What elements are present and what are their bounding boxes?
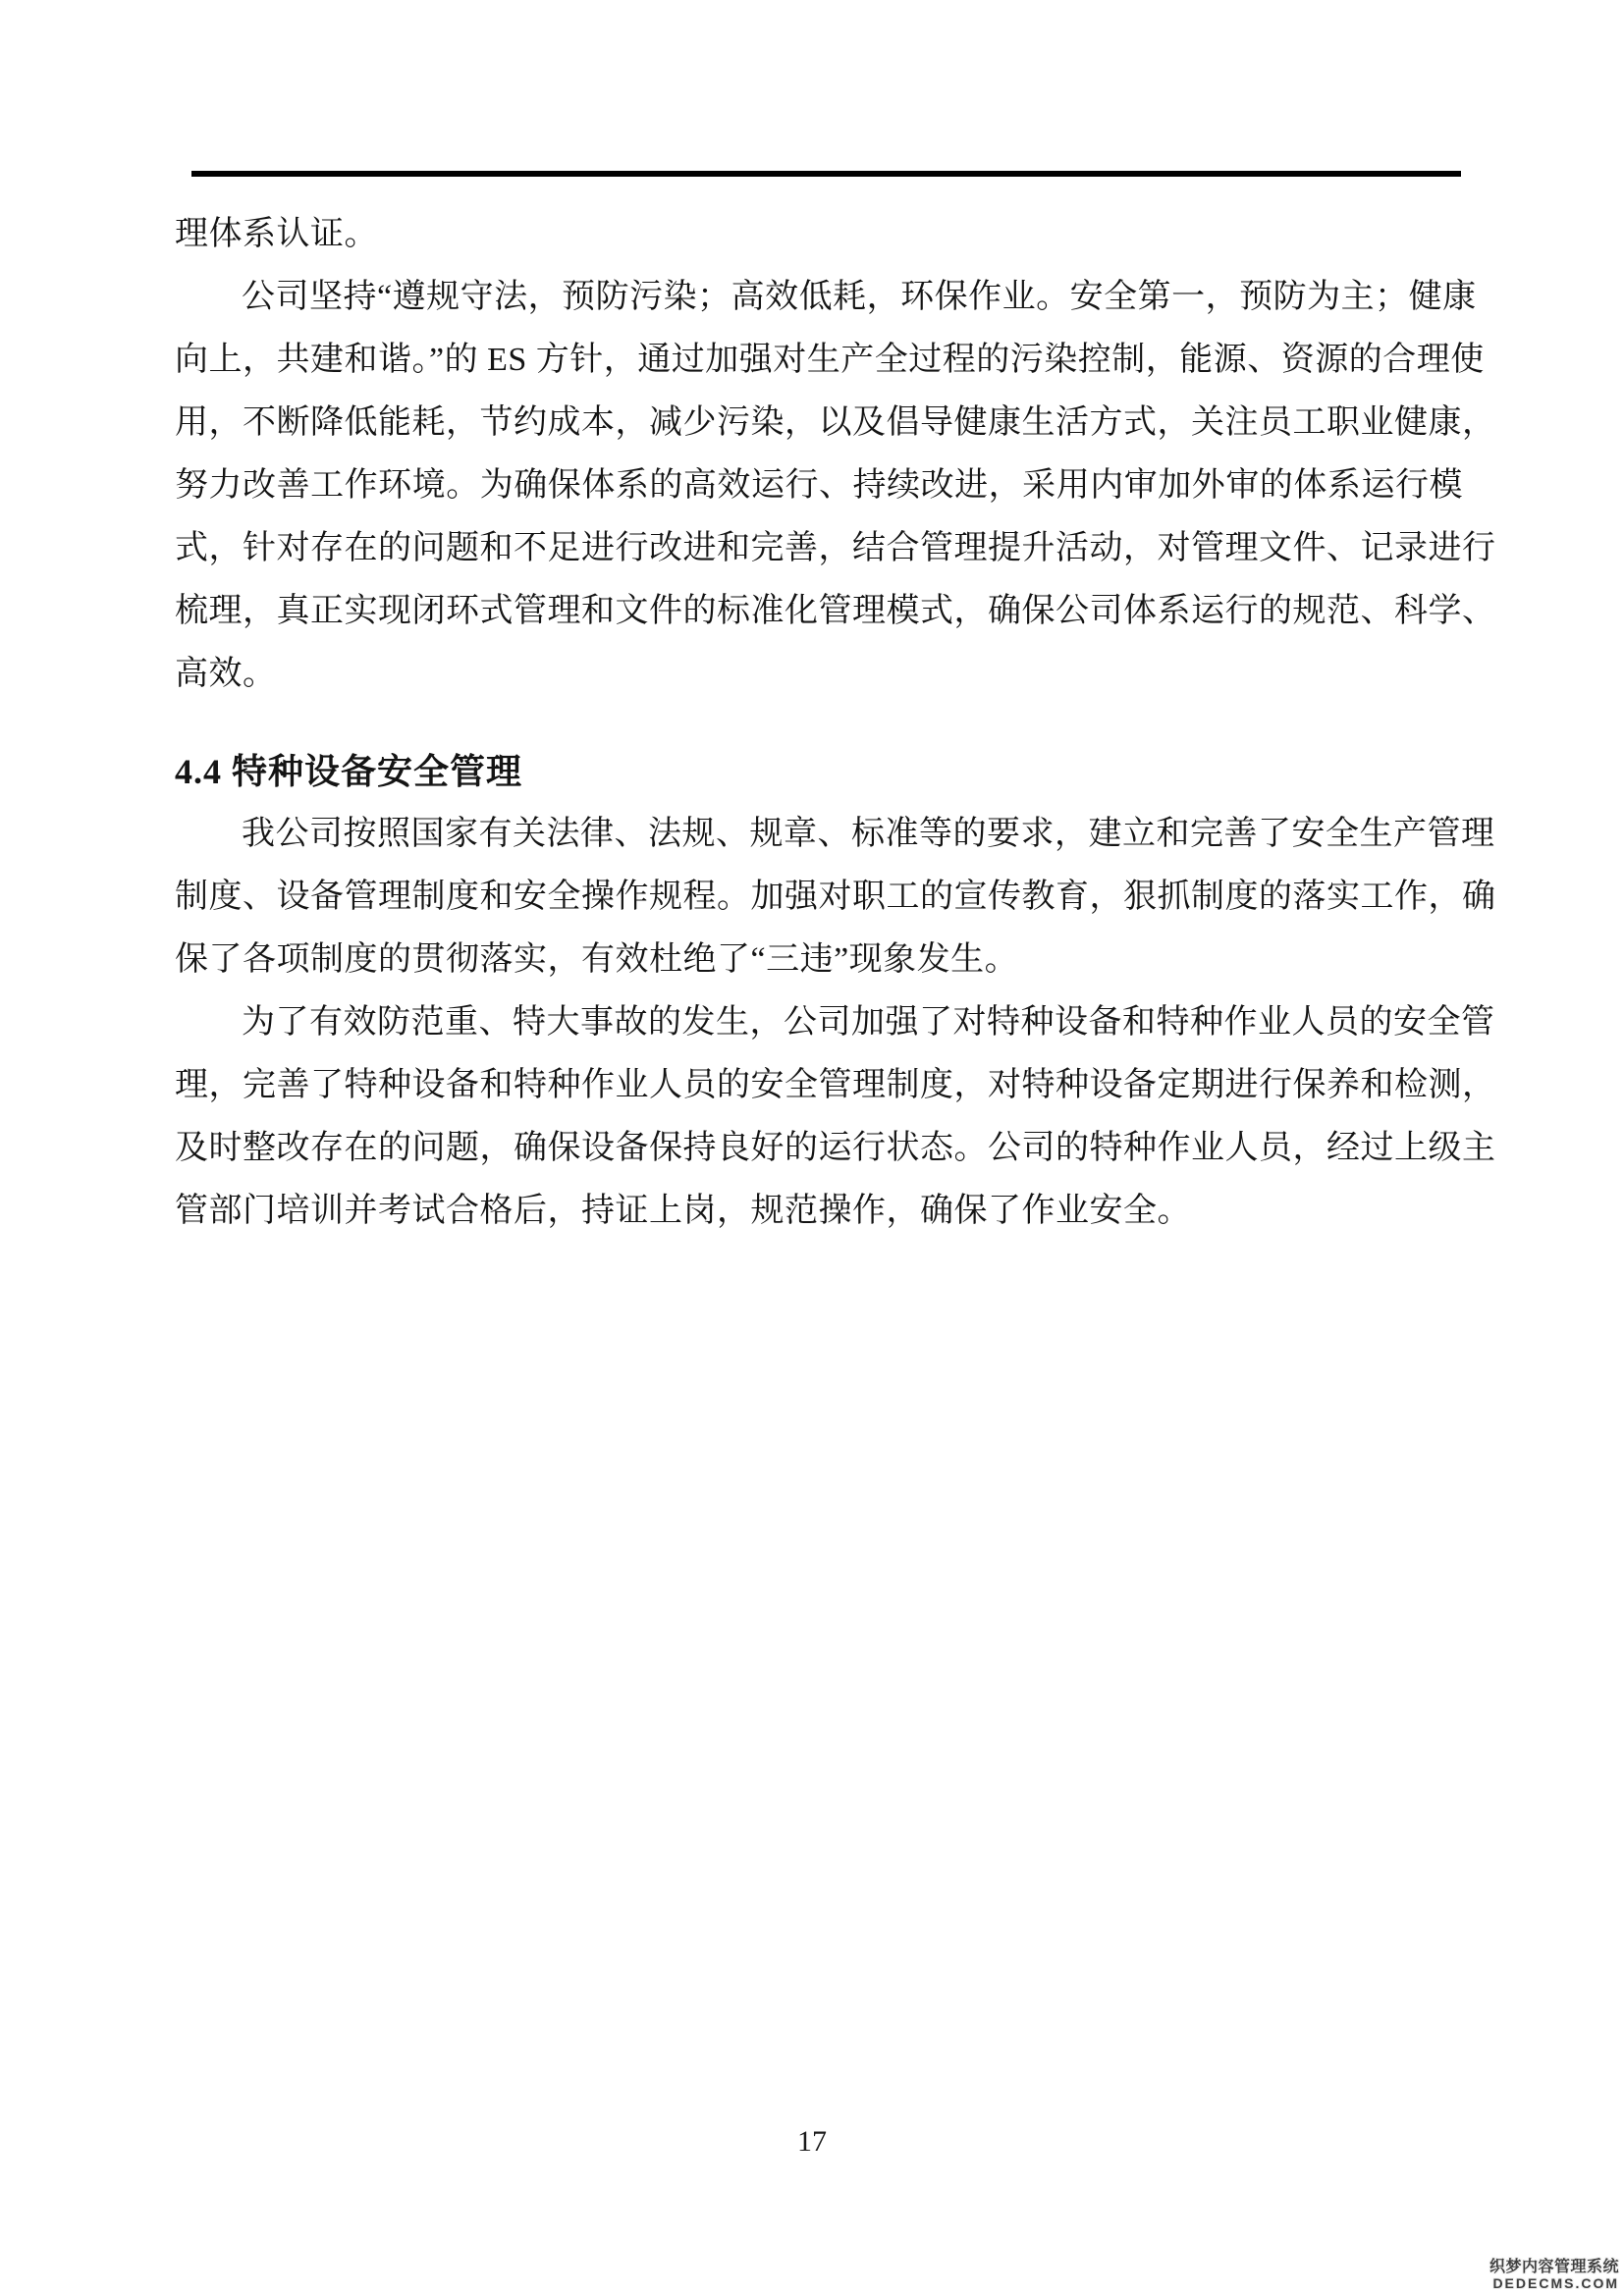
header-rule bbox=[191, 171, 1461, 177]
watermark-chinese-text: 织梦内容管理系统 bbox=[1489, 2259, 1619, 2275]
text-line: 制度、设备管理制度和安全操作规程。加强对职工的宣传教育，狠抓制度的落实工作，确 bbox=[175, 866, 1463, 929]
text-line: 为了有效防范重、特大事故的发生，公司加强了对特种设备和特种作业人员的安全管 bbox=[175, 991, 1463, 1054]
dedecms-watermark: 织梦内容管理系统 DEDECMS.COM bbox=[1489, 2259, 1619, 2292]
text-line: 我公司按照国家有关法律、法规、规章、标准等的要求，建立和完善了安全生产管理 bbox=[175, 803, 1463, 866]
paragraph-special-equipment-2: 为了有效防范重、特大事故的发生，公司加强了对特种设备和特种作业人员的安全管 理，… bbox=[175, 991, 1463, 1243]
text-line: 保了各项制度的贯彻落实，有效杜绝了“三违”现象发生。 bbox=[175, 929, 1463, 991]
text-line: 梳理，真正实现闭环式管理和文件的标准化管理模式，确保公司体系运行的规范、科学、 bbox=[175, 580, 1463, 643]
text-line: 高效。 bbox=[175, 643, 1463, 706]
text-line: 及时整改存在的问题，确保设备保持良好的运行状态。公司的特种作业人员，经过上级主 bbox=[175, 1117, 1463, 1180]
paragraph-policy: 公司坚持“遵规守法，预防污染；高效低耗，环保作业。安全第一，预防为主；健康 向上… bbox=[175, 266, 1463, 706]
section-heading: 4.4 特种设备安全管理 bbox=[175, 740, 1463, 803]
text-line: 用，不断降低能耗，节约成本，减少污染，以及倡导健康生活方式，关注员工职业健康， bbox=[175, 392, 1463, 454]
watermark-domain-text: DEDECMS.COM bbox=[1489, 2275, 1619, 2292]
document-page: { "page": { "number": "17" }, "content":… bbox=[0, 0, 1624, 2296]
page-number: 17 bbox=[0, 2125, 1624, 2159]
text-line: 理，完善了特种设备和特种作业人员的安全管理制度，对特种设备定期进行保养和检测， bbox=[175, 1054, 1463, 1117]
text-line: 向上，共建和谐。”的 ES 方针，通过加强对生产全过程的污染控制，能源、资源的合… bbox=[175, 329, 1463, 392]
paragraph-special-equipment-1: 我公司按照国家有关法律、法规、规章、标准等的要求，建立和完善了安全生产管理 制度… bbox=[175, 803, 1463, 991]
continuation-line: 理体系认证。 bbox=[175, 203, 1463, 266]
text-line: 努力改善工作环境。为确保体系的高效运行、持续改进，采用内审加外审的体系运行模 bbox=[175, 454, 1463, 517]
text-line: 式，针对存在的问题和不足进行改进和完善，结合管理提升活动，对管理文件、记录进行 bbox=[175, 517, 1463, 580]
text-line: 管部门培训并考试合格后，持证上岗，规范操作，确保了作业安全。 bbox=[175, 1180, 1463, 1243]
body-text: 理体系认证。 公司坚持“遵规守法，预防污染；高效低耗，环保作业。安全第一，预防为… bbox=[175, 203, 1463, 1243]
text-line: 公司坚持“遵规守法，预防污染；高效低耗，环保作业。安全第一，预防为主；健康 bbox=[175, 266, 1463, 329]
